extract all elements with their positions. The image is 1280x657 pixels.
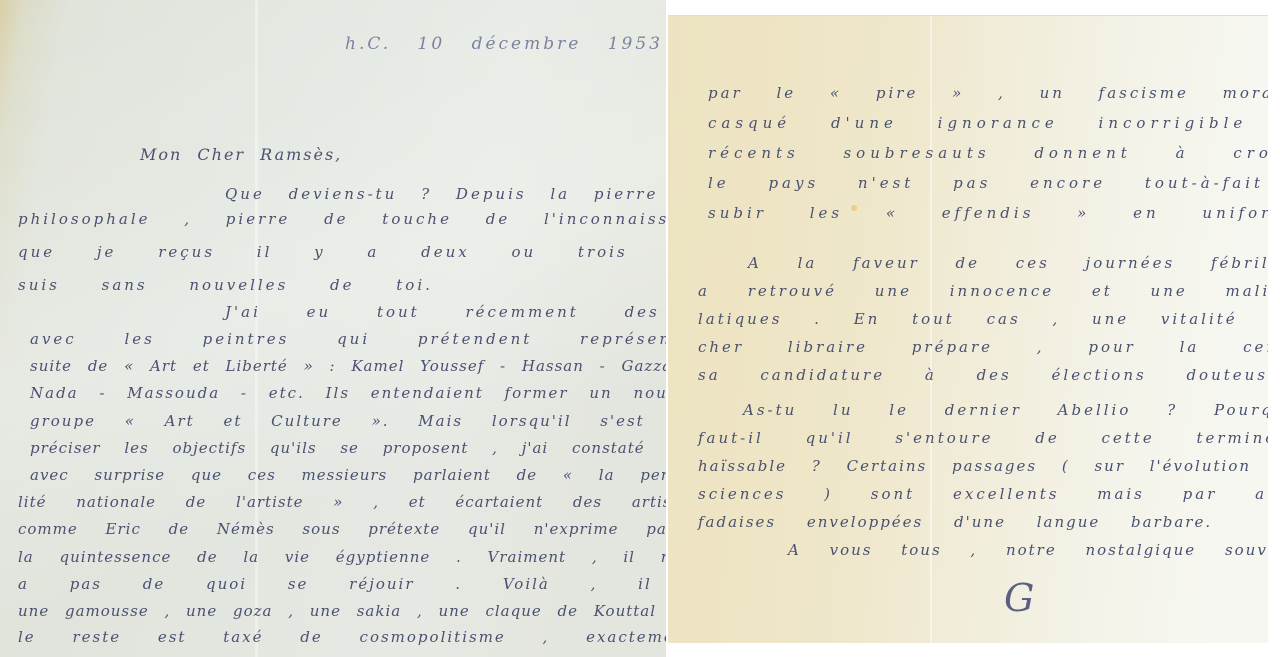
letter-line: la quintessence de la vie égyptienne . V… (18, 548, 666, 566)
letter-line: sa candidature à des élections douteuses… (698, 366, 1268, 384)
letter-line: Que deviens-tu ? Depuis la pierre infra- (225, 185, 666, 203)
letter-line: As-tu lu le dernier Abellio ? Pourquoi (743, 401, 1268, 419)
letter-line: comme Eric de Némès sous prétexte qu'il … (18, 520, 666, 538)
letter-line: que je reçus il y a deux ou trois mois ,… (18, 243, 666, 261)
document-viewer: h.C. 10 décembre 1953 Mon Cher Ramsès, Q… (0, 0, 1280, 657)
letter-line: préciser les objectifs qu'ils se propose… (30, 439, 645, 457)
letter-line: haïssable ? Certains passages ( sur l'év… (698, 457, 1268, 475)
letter-line: A la faveur de ces journées fébriles , Z… (748, 254, 1268, 272)
letter-line: une gamousse , une goza , une sakia , un… (18, 602, 666, 620)
letter-line: avec les peintres qui prétendent représe… (30, 330, 666, 348)
letter-line: faut-il qu'il s'entoure de cette termino… (698, 429, 1268, 447)
signature: G (1004, 576, 1030, 620)
letter-line: a pas de quoi se réjouir . Voilà , il fa… (18, 575, 666, 593)
letter-line: a retrouvé une innocence et une malice d… (698, 282, 1268, 300)
letter-line: suite de « Art et Liberté » : Kamel Yous… (30, 357, 666, 375)
closing-line: A vous tous , notre nostalgique souvenir (788, 541, 1268, 559)
letter-page-right: par le « pire » , un fascisme moralement… (668, 15, 1268, 643)
letter-line: récents soubresauts donnent à croire que (708, 144, 1268, 162)
letter-line: philosophale , pierre de touche de l'inc… (18, 210, 666, 228)
letter-line: avec surprise que ces messieurs parlaien… (30, 466, 666, 484)
letter-line: sciences ) sont excellents mais par aill… (698, 485, 1268, 503)
letter-line: cher libraire prépare , pour la centième… (698, 338, 1268, 356)
letter-line: latiques . En tout cas , une vitalité in… (698, 310, 1268, 328)
letter-line: subir les « effendis » en uniforme. (708, 204, 1268, 222)
letter-line: le reste est taxé de cosmopolitisme , ex… (18, 628, 666, 646)
letter-line: lité nationale de l'artiste » , et écart… (18, 493, 666, 511)
letter-line: suis sans nouvelles de toi. (18, 276, 433, 294)
letter-line: J'ai eu tout récemment des démêlés (225, 303, 666, 321)
letter-line: le pays n'est pas encore tout-à-fait mûr (708, 174, 1268, 192)
salutation: Mon Cher Ramsès, (140, 145, 342, 164)
letter-line: groupe « Art et Culture ». Mais lorsqu'i… (30, 412, 666, 430)
letter-page-left: h.C. 10 décembre 1953 Mon Cher Ramsès, Q… (0, 0, 666, 657)
letter-line: casqué d'une ignorance incorrigible . Le… (708, 114, 1268, 132)
letter-line: fadaises enveloppées d'une langue barbar… (698, 513, 1212, 531)
letter-line: Nada - Massouda - etc. Ils entendaient f… (30, 384, 666, 402)
letter-line: par le « pire » , un fascisme moralement… (708, 84, 1268, 102)
date-line: h.C. 10 décembre 1953 (345, 34, 663, 54)
